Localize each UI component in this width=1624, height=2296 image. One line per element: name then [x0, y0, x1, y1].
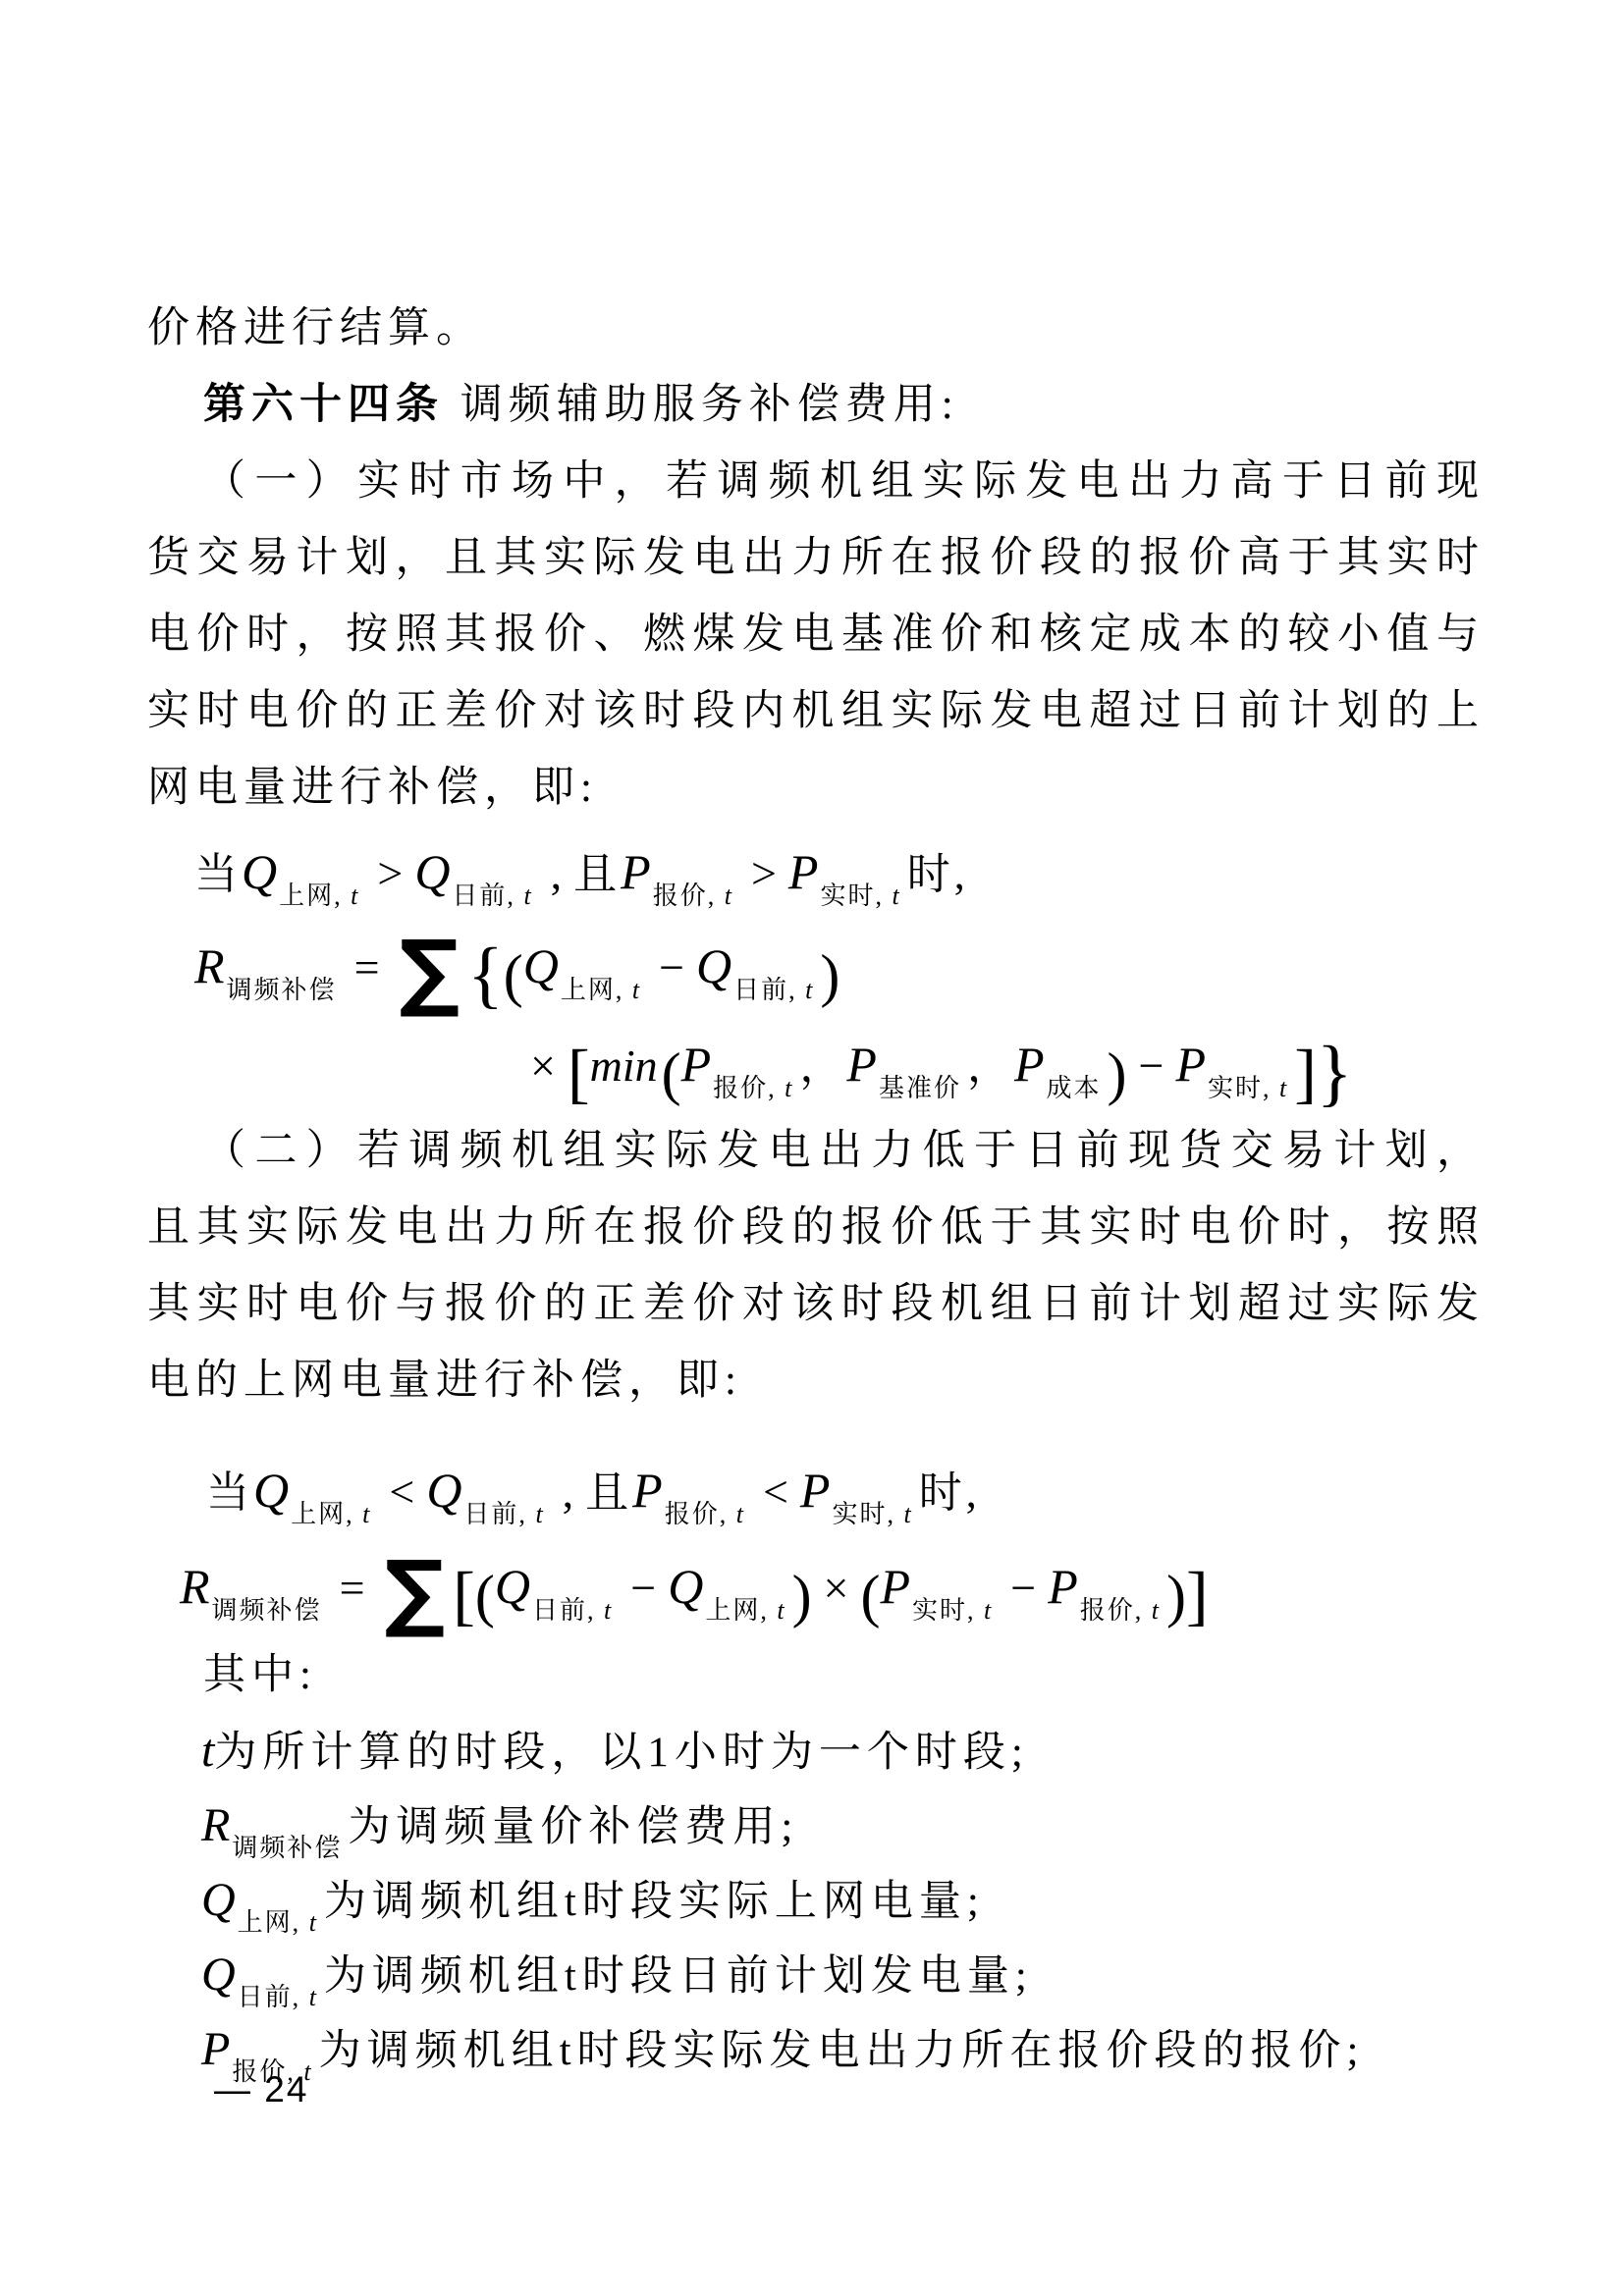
math-token: < [763, 1467, 788, 1517]
para-item1-line-3: 电价时，按照其报价、燃煤发电基准价和核定成本的较小值与 [147, 597, 1485, 673]
math-subscript: 报价, t [665, 1500, 745, 1528]
math-variable: P [880, 1559, 910, 1614]
math-token: ] [1294, 1036, 1317, 1110]
math-variable: P [632, 1463, 663, 1518]
math-token: > [751, 848, 777, 898]
para-item1-line-1: （一）实时市场中，若调频机组实际发电出力高于日前现 [147, 444, 1485, 520]
math-token: ] [1186, 1558, 1209, 1632]
math-subscript: 调频补偿 [212, 1596, 322, 1625]
para-item1-line-5: 网电量进行补偿，即: [147, 750, 1485, 827]
para-settlement-line: 价格进行结算。 [147, 291, 1485, 367]
summation-symbol: ∑ [400, 923, 460, 1021]
math-token: − [659, 942, 684, 992]
article-64-heading: 第六十四条 调频辅助服务补偿费用: [147, 367, 1485, 444]
math-token: 为调频机组t时段实际上网电量; [324, 1879, 985, 1925]
math-token: ) [792, 1564, 812, 1629]
para-item2-line-4: 电的上网电量进行补偿，即: [147, 1343, 1485, 1419]
math-token: ( [662, 1041, 681, 1106]
para-item1-line-2: 货交易计划，且其实际发电出力所在报价段的报价高于其实时 [147, 520, 1485, 597]
math-variable: Q [201, 1949, 236, 2001]
math-subscript: 实时, t [820, 881, 900, 910]
def-q-dayahead: Q日前, t为调频机组t时段日前计划发电量; [201, 1938, 1485, 2012]
document-page: 价格进行结算。第六十四条 调频辅助服务补偿费用:（一）实时市场中，若调频机组实际… [0, 0, 1624, 2296]
math-subscript: 实时, t [912, 1596, 993, 1625]
math-token: [ [453, 1558, 475, 1632]
def-r-compensation: R调频补偿为调频量价补偿费用; [201, 1789, 1485, 1863]
math-token: > [377, 848, 403, 898]
math-subscript: 报价, t [1080, 1596, 1161, 1625]
math-token: < [389, 1467, 414, 1517]
para-item2-line-2: 且其实际发电出力所在报价段的报价低于其实时电价时，按照 [147, 1190, 1485, 1266]
math-variable: Q [242, 844, 277, 899]
formula-2-condition: 当Q上网, t<Q日前, t,且P报价, t<P实时, t时, [206, 1445, 1485, 1535]
math-token: ) [820, 943, 839, 1008]
math-token: ( [504, 943, 523, 1008]
math-variable: Q [426, 1463, 461, 1518]
math-subscript: 日前, t [463, 1500, 544, 1528]
math-token: × [824, 1563, 849, 1613]
math-token: 为调频量价补偿费用; [348, 1804, 798, 1850]
math-token: − [1139, 1041, 1164, 1091]
math-token: 且 [573, 850, 621, 898]
math-token: 为所计算的时段，以1小时为一个时段; [214, 1730, 1028, 1776]
math-token: 当 [206, 1468, 253, 1517]
page-number: — 24 [214, 2069, 308, 2110]
math-token: 为调频机组t时段日前计划发电量; [324, 1953, 1033, 2000]
formula-1-main: R调频补偿=∑{(Q上网, t−Q日前, t) [194, 917, 1485, 1015]
math-variable: P [800, 1463, 831, 1518]
math-token: ， [967, 1042, 1014, 1091]
math-subscript: 调频补偿 [227, 976, 337, 1004]
para-item2-line-1: （二）若调频机组实际发电出力低于日前现货交易计划， [147, 1113, 1485, 1190]
article-number: 第六十四条 [203, 382, 444, 428]
math-subscript: 上网, t [291, 1500, 371, 1528]
document-body: 价格进行结算。第六十四条 调频辅助服务补偿费用:（一）实时市场中，若调频机组实际… [147, 291, 1485, 2087]
math-variable: Q [668, 1559, 703, 1614]
math-subscript: 日前, t [532, 1596, 613, 1625]
math-variable: Q [523, 938, 559, 993]
math-variable: P [788, 844, 819, 899]
summation-symbol: ∑ [385, 1543, 446, 1641]
math-subscript: 报价, t [713, 1074, 793, 1102]
math-subscript: 调频补偿 [232, 1834, 342, 1862]
math-variable: P [1014, 1037, 1045, 1092]
math-token: × [530, 1041, 556, 1091]
math-subscript: 实时, t [832, 1500, 912, 1528]
math-token: 且 [585, 1468, 632, 1517]
math-token: { [467, 934, 503, 1016]
formula-1-continuation: ×[min(P报价, t，P基准价，P成本)−P实时, t]} [518, 1015, 1485, 1113]
math-subscript: 上网, t [561, 976, 641, 1004]
math-token: min [590, 1041, 658, 1091]
math-token: 时, [907, 850, 969, 898]
para-item2-line-3: 其实时电价与报价的正差价对该时段机组日前计划超过实际发 [147, 1266, 1485, 1343]
math-variable: t [201, 1725, 214, 1777]
math-token: − [630, 1563, 656, 1613]
math-token: [ [568, 1036, 590, 1110]
math-subscript: 日前, t [733, 976, 814, 1004]
math-variable: R [194, 938, 225, 993]
math-token: 为调频机组t时段实际发电出力所在报价段的报价; [319, 2028, 1365, 2074]
math-variable: P [1048, 1559, 1078, 1614]
math-subscript: 上网, t [705, 1596, 785, 1625]
formula-2-main: R调频补偿=∑[(Q日前, t−Q上网, t)×(P实时, t−P报价, t)] [180, 1535, 1485, 1637]
math-token: ( [475, 1564, 495, 1629]
math-variable: R [180, 1559, 210, 1614]
def-p-quote: P报价, t为调频机组t时段实际发电出力所在报价段的报价; [201, 2012, 1485, 2087]
math-variable: Q [253, 1463, 289, 1518]
math-token: , [563, 1467, 574, 1517]
math-token: − [1010, 1563, 1036, 1613]
math-token: 时, [919, 1468, 981, 1517]
math-variable: P [846, 1037, 877, 1092]
math-token: ) [1166, 1564, 1186, 1629]
math-variable: Q [495, 1559, 530, 1614]
math-variable: P [201, 2023, 230, 2075]
math-subscript: 日前, t [452, 881, 532, 910]
math-token: , [551, 848, 563, 898]
math-variable: P [621, 844, 651, 899]
para-item1-line-4: 实时电价的正差价对该时段内机组实际发电超过日前计划的上 [147, 673, 1485, 750]
where-label: 其中: [147, 1637, 1485, 1714]
math-token: = [340, 1563, 365, 1613]
math-variable: P [1175, 1037, 1206, 1092]
math-variable: Q [414, 844, 450, 899]
formula-1-condition: 当Q上网, t>Q日前, t,且P报价, t>P实时, t时, [194, 827, 1485, 917]
math-token: = [354, 942, 380, 992]
math-token: ( [861, 1564, 881, 1629]
def-t: t为所计算的时段，以1小时为一个时段; [201, 1714, 1485, 1789]
math-variable: Q [696, 938, 731, 993]
math-token: ， [799, 1042, 846, 1091]
math-subscript: 上网, t [279, 881, 359, 910]
def-q-grid: Q上网, t为调频机组t时段实际上网电量; [201, 1863, 1485, 1938]
math-token: } [1317, 1032, 1352, 1114]
math-variable: R [201, 1799, 230, 1851]
math-subscript: 上网, t [238, 1908, 318, 1937]
math-subscript: 日前, t [238, 1983, 318, 2011]
math-subscript: 实时, t [1208, 1074, 1288, 1102]
math-variable: Q [201, 1874, 236, 1926]
math-variable: P [681, 1037, 712, 1092]
math-subscript: 报价, t [653, 881, 733, 910]
math-subscript: 成本 [1047, 1074, 1102, 1102]
math-subscript: 基准价 [879, 1074, 961, 1102]
math-token: ) [1108, 1041, 1127, 1106]
math-token: 当 [194, 850, 242, 898]
